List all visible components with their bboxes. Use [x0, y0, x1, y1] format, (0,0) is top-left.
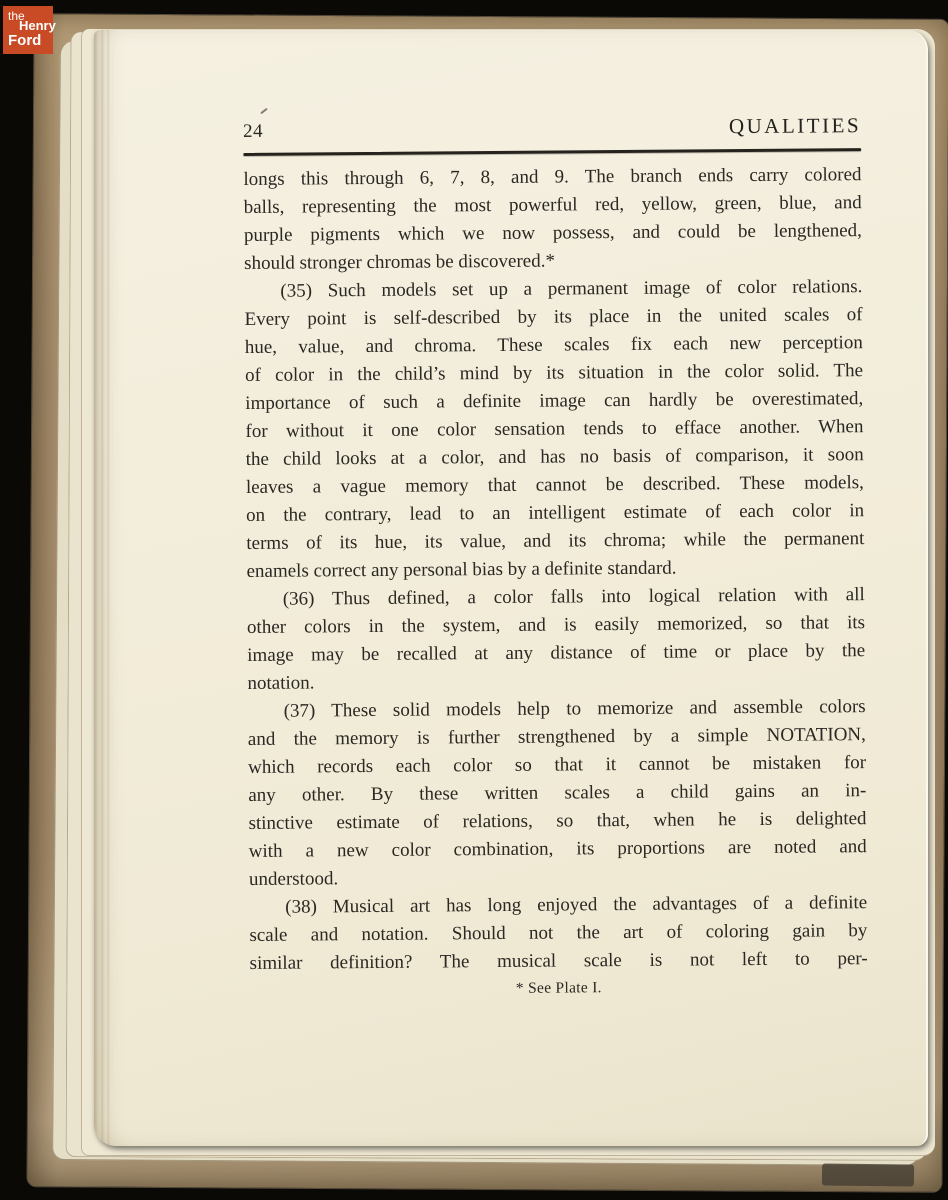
text-line: similar definition? The musical scale is… — [250, 945, 868, 978]
henry-ford-logo: the Henry Ford — [3, 6, 53, 54]
logo-text-ford: Ford — [8, 33, 41, 48]
stray-mark — [260, 108, 268, 115]
cover-shadow-patch — [822, 1164, 914, 1187]
text-line: image may be recalled at any distance of… — [247, 637, 865, 670]
book-page: 24 QUALITIES longs this through 6, 7, 8,… — [94, 30, 928, 1146]
header-rule — [243, 148, 861, 156]
page-number: 24 — [243, 121, 263, 143]
text-line: terms of its hue, its value, and its chr… — [246, 525, 864, 558]
running-head: QUALITIES — [729, 113, 861, 139]
footnote: * See Plate I. — [250, 977, 868, 1000]
scan-background: 24 QUALITIES longs this through 6, 7, 8,… — [0, 0, 948, 1200]
page-content: 24 QUALITIES longs this through 6, 7, 8,… — [243, 113, 868, 1000]
page-header: 24 QUALITIES — [243, 113, 861, 144]
logo-text-henry: Henry — [19, 19, 56, 32]
body-text: longs this through 6, 7, 8, and 9. The b… — [243, 161, 867, 978]
text-line: purple pigments which we now possess, an… — [244, 217, 862, 250]
text-line: with a new color combination, its propor… — [249, 833, 867, 866]
